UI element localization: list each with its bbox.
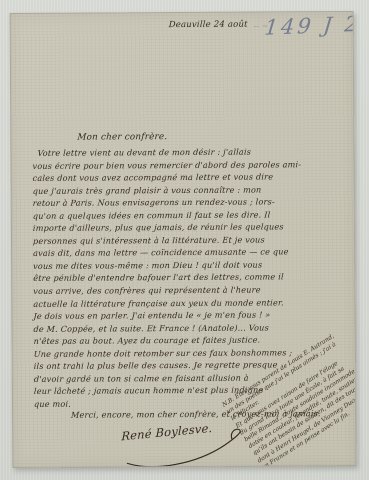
signature-block: René Boylesve. [113, 423, 253, 466]
letter-line: Votre lettre vient au devant de mon dési… [32, 145, 338, 159]
signature-flourish-icon [113, 427, 251, 468]
letter-line: vous arrive, des confrères qui représent… [33, 283, 339, 297]
letter-date: Deauville 24 août [168, 20, 248, 30]
letter-paper: Deauville 24 août -- ~ 149 J 270 Mon che… [10, 11, 357, 468]
archive-number: 149 J 270 [264, 11, 357, 40]
salutation: Mon cher confrère. [77, 132, 167, 143]
